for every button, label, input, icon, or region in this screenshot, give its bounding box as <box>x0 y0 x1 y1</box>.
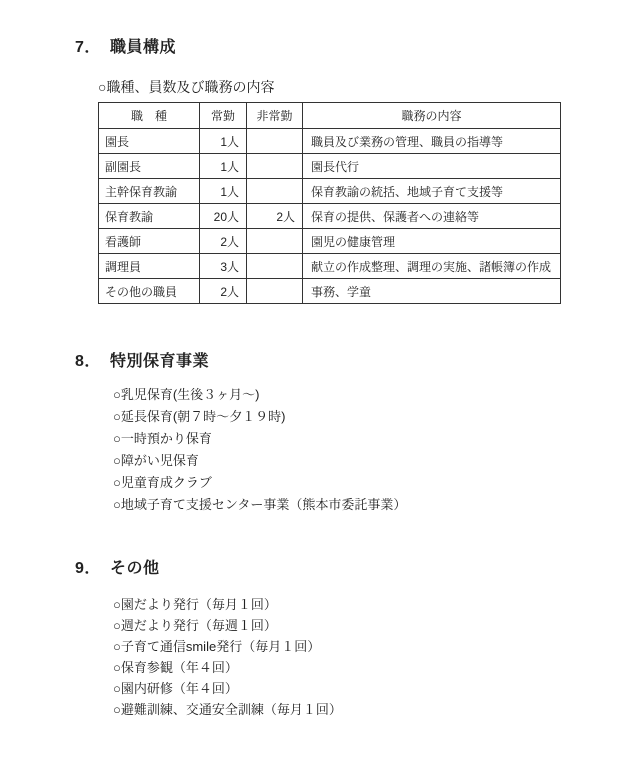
table-row: 副園長 1人 園長代行 <box>99 154 561 179</box>
cell-duties: 保育教諭の統括、地域子育て支援等 <box>303 179 561 204</box>
cell-duties: 献立の作成整理、調理の実施、諸帳簿の作成 <box>303 254 561 279</box>
col-header-duties: 職務の内容 <box>303 103 561 129</box>
cell-fulltime: 1人 <box>200 154 247 179</box>
cell-fulltime: 2人 <box>200 279 247 304</box>
cell-parttime <box>247 279 303 304</box>
cell-role: 副園長 <box>99 154 200 179</box>
table-row: 保育教諭 20人 2人 保育の提供、保護者への連絡等 <box>99 204 561 229</box>
document-page: 7． 職員構成 ○職種、員数及び職務の内容 職 種 常勤 非常勤 職務の内容 園… <box>0 0 636 770</box>
section-7-number: 7． <box>75 34 110 57</box>
list-item: ○避難訓練、交通安全訓練（毎月１回） <box>113 699 342 720</box>
list-item: ○延長保育(朝７時～夕１９時) <box>113 406 406 428</box>
cell-role: 看護師 <box>99 229 200 254</box>
table-row: 看護師 2人 園児の健康管理 <box>99 229 561 254</box>
cell-parttime <box>247 254 303 279</box>
cell-parttime <box>247 154 303 179</box>
list-item: ○乳児保育(生後３ヶ月～) <box>113 384 406 406</box>
list-item: ○園内研修（年４回） <box>113 678 342 699</box>
cell-fulltime: 1人 <box>200 129 247 154</box>
cell-fulltime: 20人 <box>200 204 247 229</box>
col-header-parttime: 非常勤 <box>247 103 303 129</box>
col-header-role: 職 種 <box>99 103 200 129</box>
section-9-title: その他 <box>110 555 160 578</box>
cell-fulltime: 1人 <box>200 179 247 204</box>
section-8-title: 特別保育事業 <box>110 348 209 371</box>
cell-parttime <box>247 129 303 154</box>
list-item: ○一時預かり保育 <box>113 428 406 450</box>
staff-table-caption: ○職種、員数及び職務の内容 <box>98 77 274 97</box>
section-7-heading: 7． 職員構成 <box>75 34 176 57</box>
cell-duties: 職員及び業務の管理、職員の指導等 <box>303 129 561 154</box>
col-header-fulltime: 常勤 <box>200 103 247 129</box>
cell-duties: 園児の健康管理 <box>303 229 561 254</box>
list-item: ○障がい児保育 <box>113 450 406 472</box>
cell-fulltime: 3人 <box>200 254 247 279</box>
list-item: ○児童育成クラブ <box>113 472 406 494</box>
cell-duties: 園長代行 <box>303 154 561 179</box>
list-item: ○保育参観（年４回） <box>113 657 342 678</box>
cell-role: 調理員 <box>99 254 200 279</box>
list-item: ○週だより発行（毎週１回） <box>113 615 342 636</box>
table-row: 園長 1人 職員及び業務の管理、職員の指導等 <box>99 129 561 154</box>
cell-parttime <box>247 229 303 254</box>
section-7-title: 職員構成 <box>110 34 176 57</box>
list-item: ○地域子育て支援センター事業（熊本市委託事業） <box>113 494 406 516</box>
table-row: その他の職員 2人 事務、学童 <box>99 279 561 304</box>
cell-role: 保育教諭 <box>99 204 200 229</box>
list-item: ○子育て通信smile発行（毎月１回） <box>113 636 342 657</box>
section-8-number: 8． <box>75 348 110 371</box>
table-row: 主幹保育教諭 1人 保育教諭の統括、地域子育て支援等 <box>99 179 561 204</box>
section-9-number: 9． <box>75 555 110 578</box>
cell-role: 園長 <box>99 129 200 154</box>
cell-parttime: 2人 <box>247 204 303 229</box>
other-activities-list: ○園だより発行（毎月１回） ○週だより発行（毎週１回） ○子育て通信smile発… <box>113 594 342 720</box>
cell-duties: 事務、学童 <box>303 279 561 304</box>
cell-role: その他の職員 <box>99 279 200 304</box>
cell-parttime <box>247 179 303 204</box>
section-9-heading: 9． その他 <box>75 555 160 578</box>
section-8-heading: 8． 特別保育事業 <box>75 348 209 371</box>
staff-table: 職 種 常勤 非常勤 職務の内容 園長 1人 職員及び業務の管理、職員の指導等 … <box>98 102 561 304</box>
cell-fulltime: 2人 <box>200 229 247 254</box>
list-item: ○園だより発行（毎月１回） <box>113 594 342 615</box>
table-row: 調理員 3人 献立の作成整理、調理の実施、諸帳簿の作成 <box>99 254 561 279</box>
cell-role: 主幹保育教諭 <box>99 179 200 204</box>
special-care-list: ○乳児保育(生後３ヶ月～) ○延長保育(朝７時～夕１９時) ○一時預かり保育 ○… <box>113 384 406 516</box>
staff-table-header-row: 職 種 常勤 非常勤 職務の内容 <box>99 103 561 129</box>
cell-duties: 保育の提供、保護者への連絡等 <box>303 204 561 229</box>
